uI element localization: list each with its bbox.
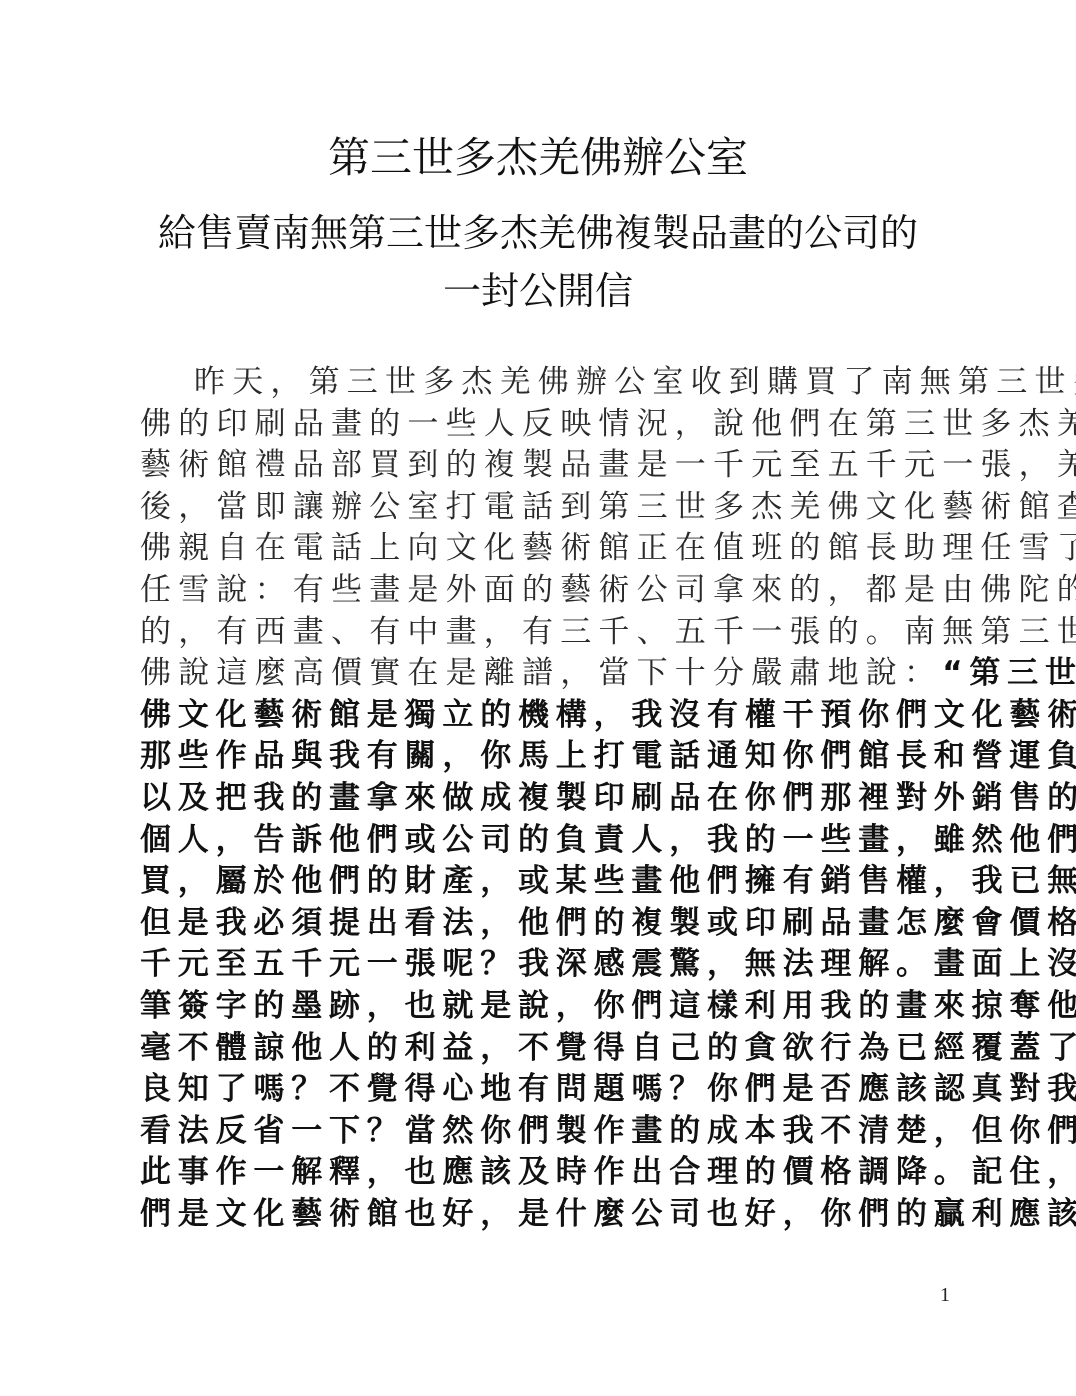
body-line-text: 佛的印刷品畫的一些人反映情況，說他們在第三世多杰羌佛文化 bbox=[140, 406, 1076, 442]
body-line: 但是我必須提出看法，他們的複製或印刷品畫怎麼會價格高到一 bbox=[140, 903, 960, 945]
body-line-emphasis: 佛文化藝術館是獨立的機構，我沒有權干預你們文化藝術館，但 bbox=[140, 697, 1076, 733]
body-line: 個人，告訴他們或公司的負責人，我的一些畫，雖然他們已經購 bbox=[140, 820, 960, 862]
body-line-emphasis: 們是文化藝術館也好，是什麼公司也好，你們的贏利應該要在合 bbox=[140, 1196, 1076, 1232]
document-title-open-letter: 一封公開信 bbox=[0, 265, 1076, 317]
body-line-emphasis: 個人，告訴他們或公司的負責人，我的一些畫，雖然他們已經購 bbox=[140, 822, 1076, 858]
body-line-emphasis: 千元至五千元一張呢？我深感震驚，無法理解。畫面上沒有我親 bbox=[140, 946, 1076, 982]
document-title-recipient: 給售賣南無第三世多杰羌佛複製品畫的公司的 bbox=[0, 207, 1076, 259]
body-line: 佛文化藝術館是獨立的機構，我沒有權干預你們文化藝術館，但 bbox=[140, 695, 960, 737]
body-line: 筆簽字的墨跡，也就是說，你們這樣利用我的畫來掠奪他人錢財， bbox=[140, 986, 960, 1028]
body-line-text: 佛親自在電話上向文化藝術館正在值班的館長助理任雪了解情況， bbox=[140, 530, 1076, 566]
page-number: 1 bbox=[935, 1282, 955, 1308]
body-line: 藝術館禮品部買到的複製品畫是一千元至五千元一張，羌佛得知 bbox=[140, 445, 960, 487]
body-line: 此事作一解釋，也應該及時作出合理的價格調降。記住，不管你 bbox=[140, 1152, 960, 1194]
body-line-emphasis: “第三世多杰羌 bbox=[942, 655, 1076, 691]
body-line: 良知了嗎？不覺得心地有問題嗎？你們是否應該認真對我提出的 bbox=[140, 1069, 960, 1111]
body-line: 的，有西畫、有中畫，有三千、五千一張的。南無第三世多杰羌 bbox=[140, 612, 960, 654]
body-line-text: 昨天，第三世多杰羌佛辦公室收到購買了南無第三世多杰羌 bbox=[194, 364, 1076, 400]
body-line-text: 佛說這麼高價實在是離譜，當下十分嚴肅地說： bbox=[140, 655, 942, 691]
body-line: 那些作品與我有關，你馬上打電話通知你們館長和營運負責人， bbox=[140, 736, 960, 778]
body-line: 佛的印刷品畫的一些人反映情況，說他們在第三世多杰羌佛文化 bbox=[140, 404, 960, 446]
body-line-emphasis: 良知了嗎？不覺得心地有問題嗎？你們是否應該認真對我提出的 bbox=[140, 1071, 1076, 1107]
body-line: 任雪說：有些畫是外面的藝術公司拿來的，都是由佛陀的畫複製 bbox=[140, 570, 960, 612]
body-line-text: 後，當即讓辦公室打電話到第三世多杰羌佛文化藝術館查問，羌 bbox=[140, 489, 1076, 525]
body-line: 佛說這麼高價實在是離譜，當下十分嚴肅地說：“第三世多杰羌 bbox=[140, 653, 960, 695]
body-line-emphasis: 毫不體諒他人的利益，不覺得自己的貪欲行為已經覆蓋了人性的 bbox=[140, 1030, 1076, 1066]
body-line: 毫不體諒他人的利益，不覺得自己的貪欲行為已經覆蓋了人性的 bbox=[140, 1028, 960, 1070]
document-title-office: 第三世多杰羌佛辦公室 bbox=[0, 130, 1076, 186]
body-line-emphasis: 筆簽字的墨跡，也就是說，你們這樣利用我的畫來掠奪他人錢財， bbox=[140, 988, 1076, 1024]
body-line-text: 藝術館禮品部買到的複製品畫是一千元至五千元一張，羌佛得知 bbox=[140, 447, 1076, 483]
body-line-emphasis: 以及把我的畫拿來做成複製印刷品在你們那裡對外銷售的公司或 bbox=[140, 780, 1076, 816]
body-line-emphasis: 此事作一解釋，也應該及時作出合理的價格調降。記住，不管你 bbox=[140, 1154, 1076, 1190]
document-page: 第三世多杰羌佛辦公室 給售賣南無第三世多杰羌佛複製品畫的公司的 一封公開信 昨天… bbox=[0, 0, 1076, 1396]
body-line: 買，屬於他們的財產，或某些畫他們擁有銷售權，我已無權過問， bbox=[140, 861, 960, 903]
body-line-text: 的，有西畫、有中畫，有三千、五千一張的。南無第三世多杰羌 bbox=[140, 614, 1076, 650]
body-line-emphasis: 那些作品與我有關，你馬上打電話通知你們館長和營運負責人， bbox=[140, 738, 1076, 774]
body-line: 們是文化藝術館也好，是什麼公司也好，你們的贏利應該要在合 bbox=[140, 1194, 960, 1236]
letter-body: 昨天，第三世多杰羌佛辦公室收到購買了南無第三世多杰羌 佛的印刷品畫的一些人反映情… bbox=[140, 362, 960, 1235]
body-line: 佛親自在電話上向文化藝術館正在值班的館長助理任雪了解情況， bbox=[140, 528, 960, 570]
body-line: 昨天，第三世多杰羌佛辦公室收到購買了南無第三世多杰羌 bbox=[140, 362, 960, 404]
body-line-text: 任雪說：有些畫是外面的藝術公司拿來的，都是由佛陀的畫複製 bbox=[140, 572, 1076, 608]
body-line-emphasis: 但是我必須提出看法，他們的複製或印刷品畫怎麼會價格高到一 bbox=[140, 905, 1076, 941]
body-line-emphasis: 買，屬於他們的財產，或某些畫他們擁有銷售權，我已無權過問， bbox=[140, 863, 1076, 899]
body-line: 後，當即讓辦公室打電話到第三世多杰羌佛文化藝術館查問，羌 bbox=[140, 487, 960, 529]
body-line-emphasis: 看法反省一下？當然你們製作畫的成本我不清楚，但你們應該對 bbox=[140, 1113, 1076, 1149]
body-line: 千元至五千元一張呢？我深感震驚，無法理解。畫面上沒有我親 bbox=[140, 944, 960, 986]
body-line: 看法反省一下？當然你們製作畫的成本我不清楚，但你們應該對 bbox=[140, 1111, 960, 1153]
body-line: 以及把我的畫拿來做成複製印刷品在你們那裡對外銷售的公司或 bbox=[140, 778, 960, 820]
